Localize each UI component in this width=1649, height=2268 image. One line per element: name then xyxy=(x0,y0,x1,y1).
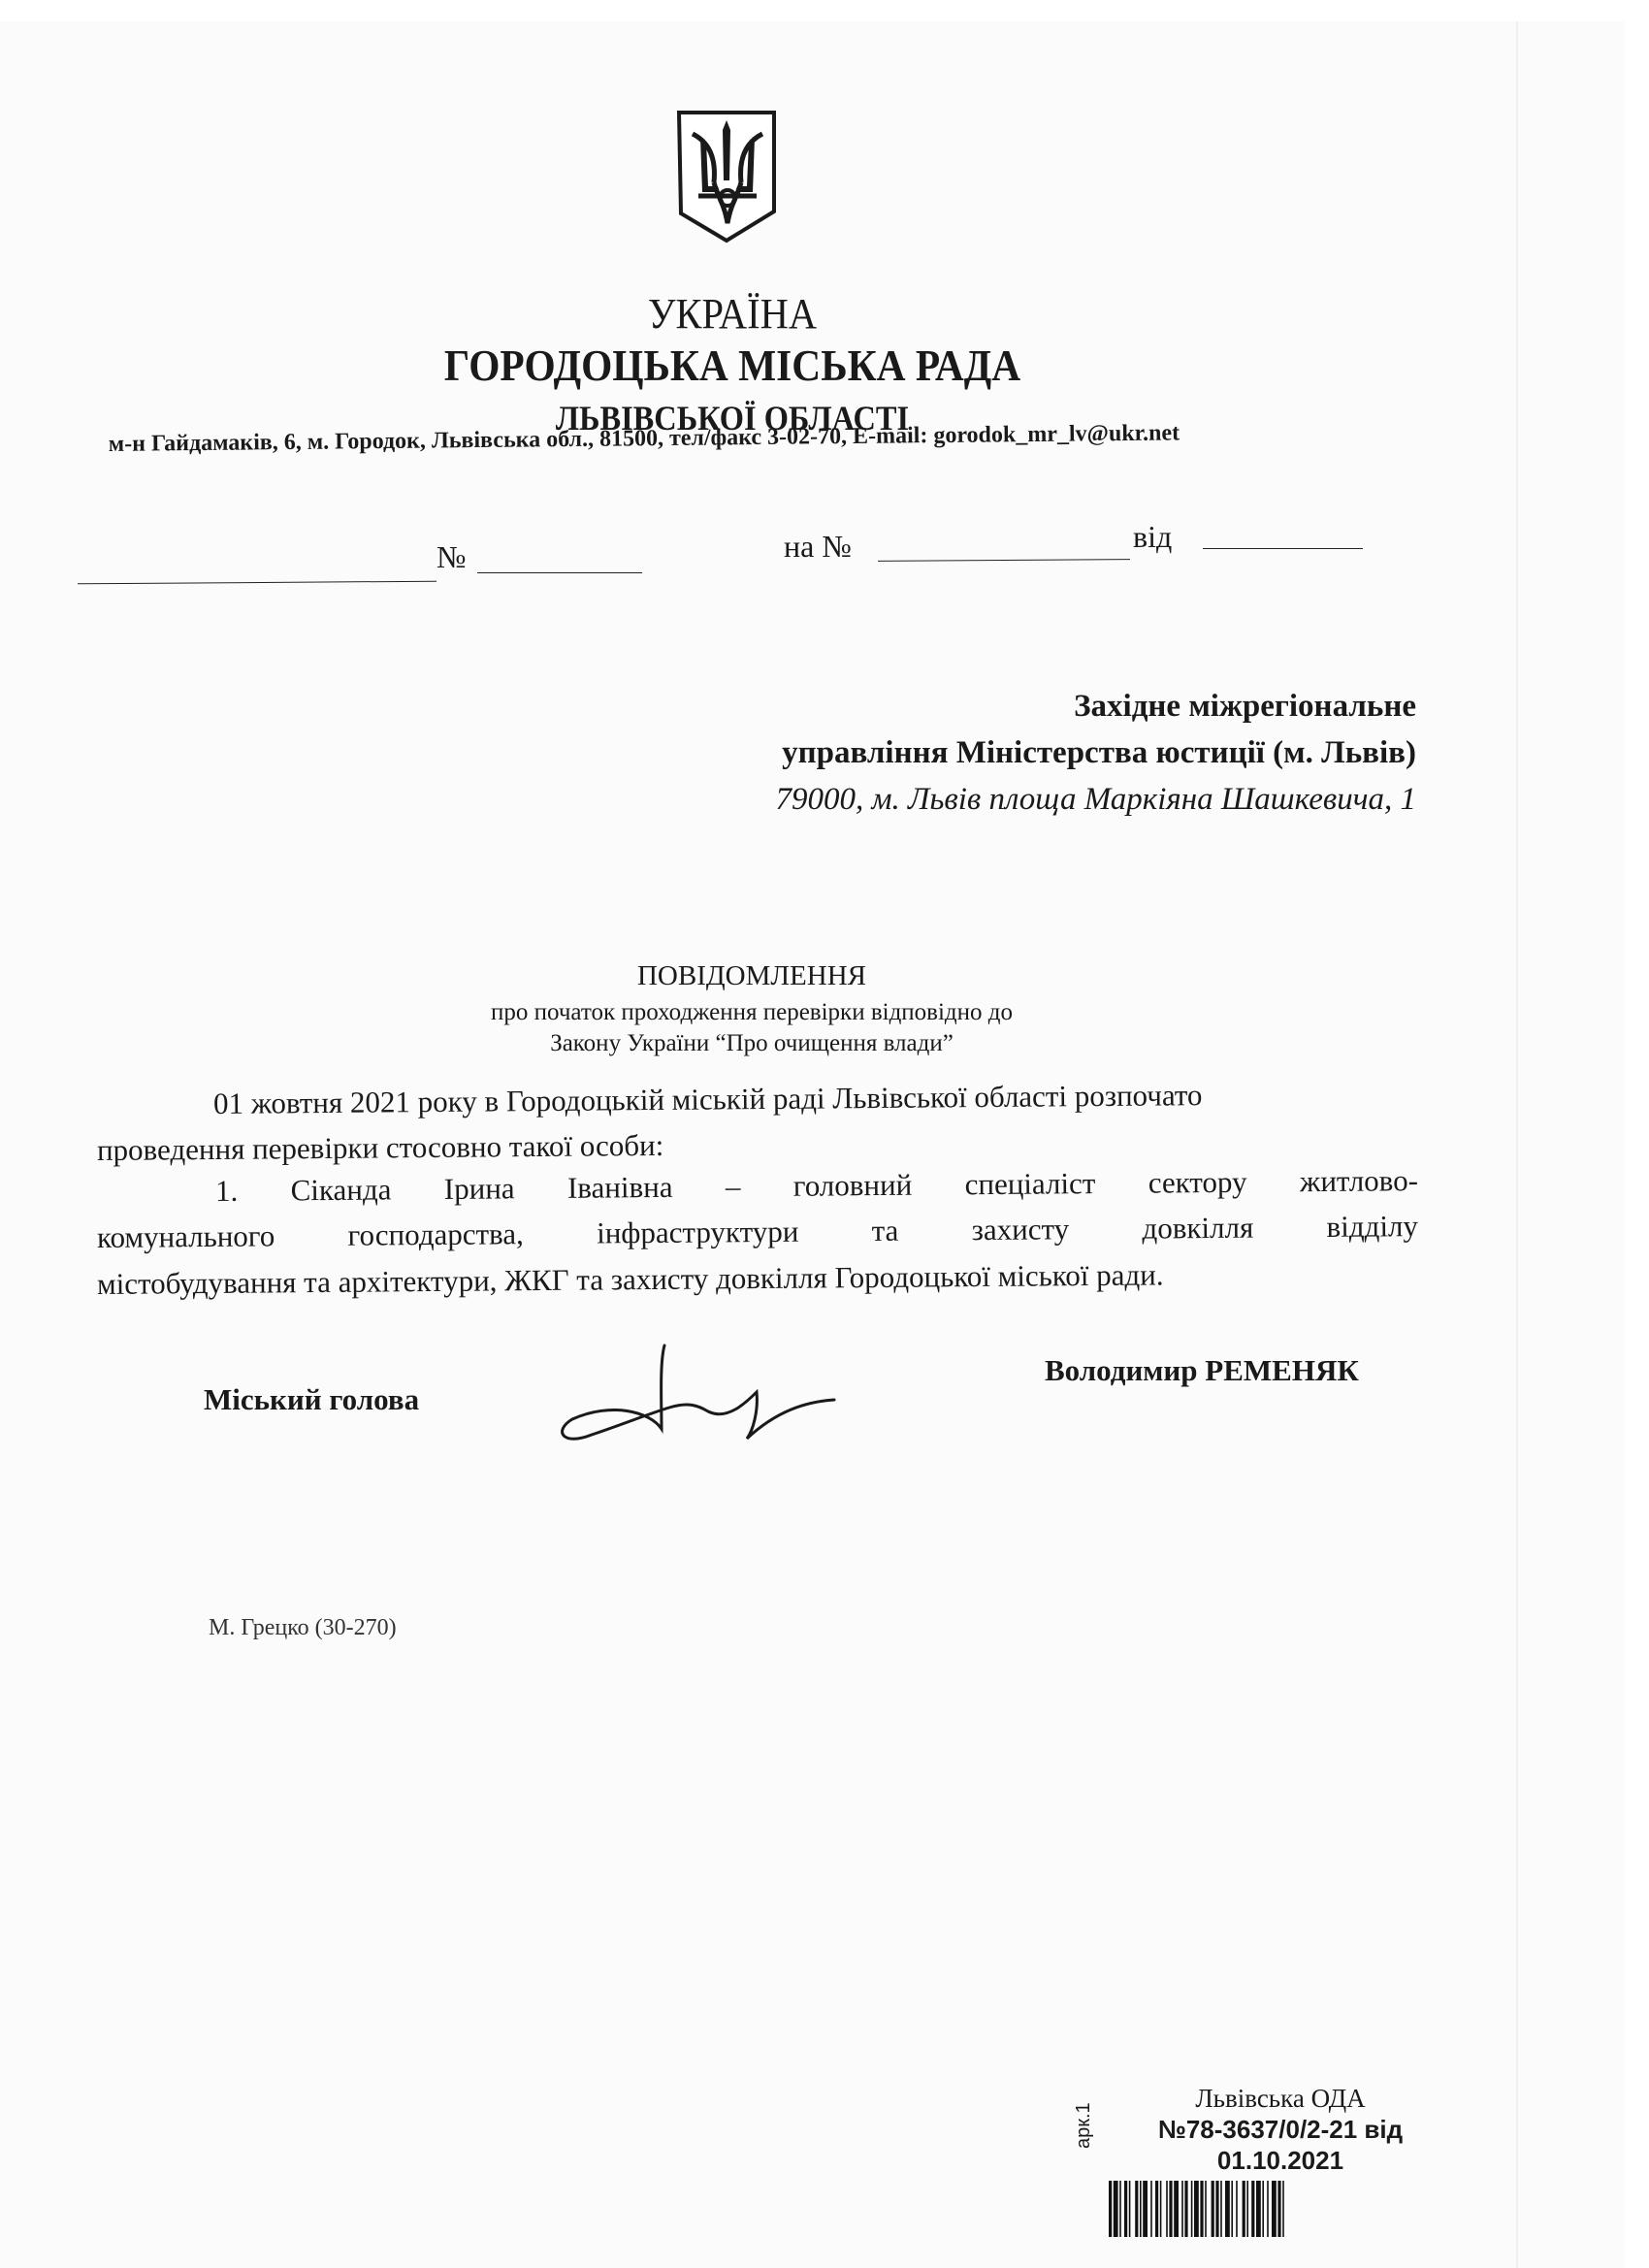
recipient-line-1: Західне міжрегіональне xyxy=(1074,689,1416,725)
trident-emblem-icon xyxy=(669,105,786,250)
stamp-sheet-number: арк.1 xyxy=(1073,2102,1095,2149)
executor-info: М. Грецко (30-270) xyxy=(209,1615,397,1641)
notice-heading: ПОВІДОМЛЕННЯ xyxy=(388,960,1115,992)
body-paragraph-line-2: проведення перевірки стосовно такої особ… xyxy=(97,1128,664,1168)
barcode-icon xyxy=(1109,2181,1429,2237)
notice-subtitle-1: про початок проходження перевірки відпов… xyxy=(388,999,1115,1026)
recipient-line-2: управління Міністерства юстиції (м. Льві… xyxy=(782,735,1416,771)
recipient-address: 79000, м. Львів площа Маркіяна Шашкевича… xyxy=(775,782,1416,818)
stamp-date: 01.10.2021 xyxy=(1145,2146,1416,2176)
council-name: ГОРОДОЦЬКА МІСЬКА РАДА xyxy=(74,340,1392,391)
reply-date-blank xyxy=(1203,548,1363,549)
country-name: УКРАЇНА xyxy=(58,289,1406,339)
stamp-registration-number: №78-3637/0/2-21 від xyxy=(1145,2115,1416,2145)
signatory-name: Володимир РЕМЕНЯК xyxy=(1045,1353,1359,1388)
handwritten-signature xyxy=(553,1344,912,1441)
stamp-organization: Львівська ОДА xyxy=(1145,2084,1416,2114)
signatory-position: Міський голова xyxy=(204,1382,419,1417)
reply-to-label: на № xyxy=(784,529,852,565)
outgoing-number-label: № xyxy=(436,539,467,575)
reply-date-label: від xyxy=(1133,519,1172,555)
outgoing-number-blank xyxy=(477,572,642,573)
scan-fold-line xyxy=(1516,21,1518,2268)
notice-subtitle-2: Закону України “Про очищення влади” xyxy=(388,1030,1115,1057)
